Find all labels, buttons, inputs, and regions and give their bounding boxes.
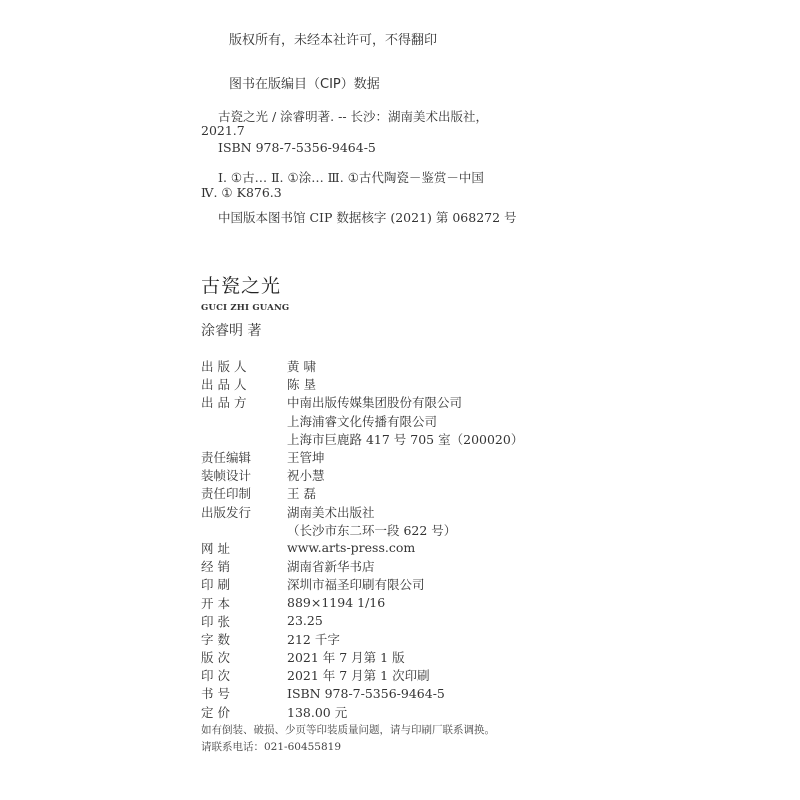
detail-value: 陈 垦 [287, 375, 316, 393]
detail-value: 23.25 [287, 613, 323, 628]
detail-row: 开 本889×1194 1/16 [201, 593, 523, 611]
detail-label: 责任编辑 [201, 448, 287, 466]
detail-label: 开 本 [201, 594, 287, 612]
book-title: 古瓷之光 [201, 271, 281, 298]
detail-row: 出版发行湖南美术出版社 [201, 503, 523, 521]
cip-line-2: 2021.7 [201, 123, 245, 138]
detail-value: 上海浦睿文化传播有限公司 [287, 412, 437, 430]
detail-value: 889×1194 1/16 [287, 595, 385, 610]
detail-value: ISBN 978-7-5356-9464-5 [287, 686, 445, 701]
detail-label: 出版发行 [201, 503, 287, 521]
detail-value: www.arts-press.com [287, 540, 415, 555]
detail-row: 定 价138.00 元 [201, 703, 523, 721]
detail-label: 版 次 [201, 648, 287, 666]
detail-row: （长沙市东二环一段 622 号） [201, 521, 523, 539]
detail-value: 上海市巨鹿路 417 号 705 室（200020） [287, 430, 523, 448]
detail-label: 印 次 [201, 666, 287, 684]
detail-value: 138.00 元 [287, 703, 347, 721]
detail-label: 出 版 人 [201, 357, 287, 375]
detail-value: （长沙市东二环一段 622 号） [287, 521, 456, 539]
cip-classification-1: Ⅰ. ①古… Ⅱ. ①涂… Ⅲ. ①古代陶瓷－鉴赏－中国 [218, 168, 484, 186]
detail-row: 字 数212 千字 [201, 630, 523, 648]
detail-label: 字 数 [201, 630, 287, 648]
publication-details: 出 版 人黄 啸 出 品 人陈 垦 出 品 方中南出版传媒集团股份有限公司 上海… [201, 357, 523, 721]
detail-row: 出 品 方中南出版传媒集团股份有限公司 [201, 393, 523, 411]
detail-value: 2021 年 7 月第 1 次印刷 [287, 666, 430, 684]
detail-value: 2021 年 7 月第 1 版 [287, 648, 405, 666]
detail-row: 网 址www.arts-press.com [201, 539, 523, 557]
detail-row: 责任印制王 磊 [201, 484, 523, 502]
detail-label: 印 刷 [201, 575, 287, 593]
detail-row: 责任编辑王管坤 [201, 448, 523, 466]
detail-value: 湖南美术出版社 [287, 503, 375, 521]
cip-isbn: ISBN 978-7-5356-9464-5 [218, 140, 376, 155]
detail-label: 责任印制 [201, 484, 287, 502]
detail-value: 212 千字 [287, 630, 340, 648]
detail-label: 书 号 [201, 684, 287, 702]
detail-label: 装帧设计 [201, 466, 287, 484]
detail-label: 经 销 [201, 557, 287, 575]
book-author: 涂睿明 著 [201, 320, 261, 340]
detail-row: 上海市巨鹿路 417 号 705 室（200020） [201, 430, 523, 448]
detail-label: 印 张 [201, 612, 287, 630]
detail-row: 印 次2021 年 7 月第 1 次印刷 [201, 666, 523, 684]
contact-phone: 请联系电话：021-60455819 [201, 739, 341, 754]
book-pinyin-title: GUCI ZHI GUANG [201, 303, 289, 313]
cip-line-1: 古瓷之光 / 涂睿明著. -- 长沙：湖南美术出版社， [218, 107, 488, 125]
detail-row: 印 刷深圳市福圣印刷有限公司 [201, 575, 523, 593]
detail-value: 王管坤 [287, 448, 325, 466]
cip-classification-2: Ⅳ. ① K876.3 [201, 185, 282, 200]
detail-value: 中南出版传媒集团股份有限公司 [287, 393, 462, 411]
detail-row: 出 品 人陈 垦 [201, 375, 523, 393]
quality-notice: 如有倒装、破损、少页等印装质量问题，请与印刷厂联系调换。 [201, 722, 495, 737]
detail-value: 黄 啸 [287, 357, 316, 375]
detail-row: 经 销湖南省新华书店 [201, 557, 523, 575]
detail-value: 湖南省新华书店 [287, 557, 375, 575]
detail-value: 王 磊 [287, 484, 316, 502]
detail-label: 网 址 [201, 539, 287, 557]
detail-value: 深圳市福圣印刷有限公司 [287, 575, 425, 593]
detail-row: 书 号ISBN 978-7-5356-9464-5 [201, 684, 523, 702]
detail-label: 出 品 人 [201, 375, 287, 393]
detail-row: 装帧设计祝小慧 [201, 466, 523, 484]
detail-label: 出 品 方 [201, 393, 287, 411]
copyright-notice: 版权所有，未经本社许可，不得翻印 [229, 29, 437, 48]
cip-number: 中国版本图书馆 CIP 数据核字 (2021) 第 068272 号 [218, 208, 517, 226]
detail-label: 定 价 [201, 703, 287, 721]
cip-heading: 图书在版编目（CIP）数据 [229, 73, 380, 92]
detail-row: 版 次2021 年 7 月第 1 版 [201, 648, 523, 666]
detail-row: 上海浦睿文化传播有限公司 [201, 412, 523, 430]
detail-row: 出 版 人黄 啸 [201, 357, 523, 375]
detail-value: 祝小慧 [287, 466, 325, 484]
detail-row: 印 张23.25 [201, 612, 523, 630]
